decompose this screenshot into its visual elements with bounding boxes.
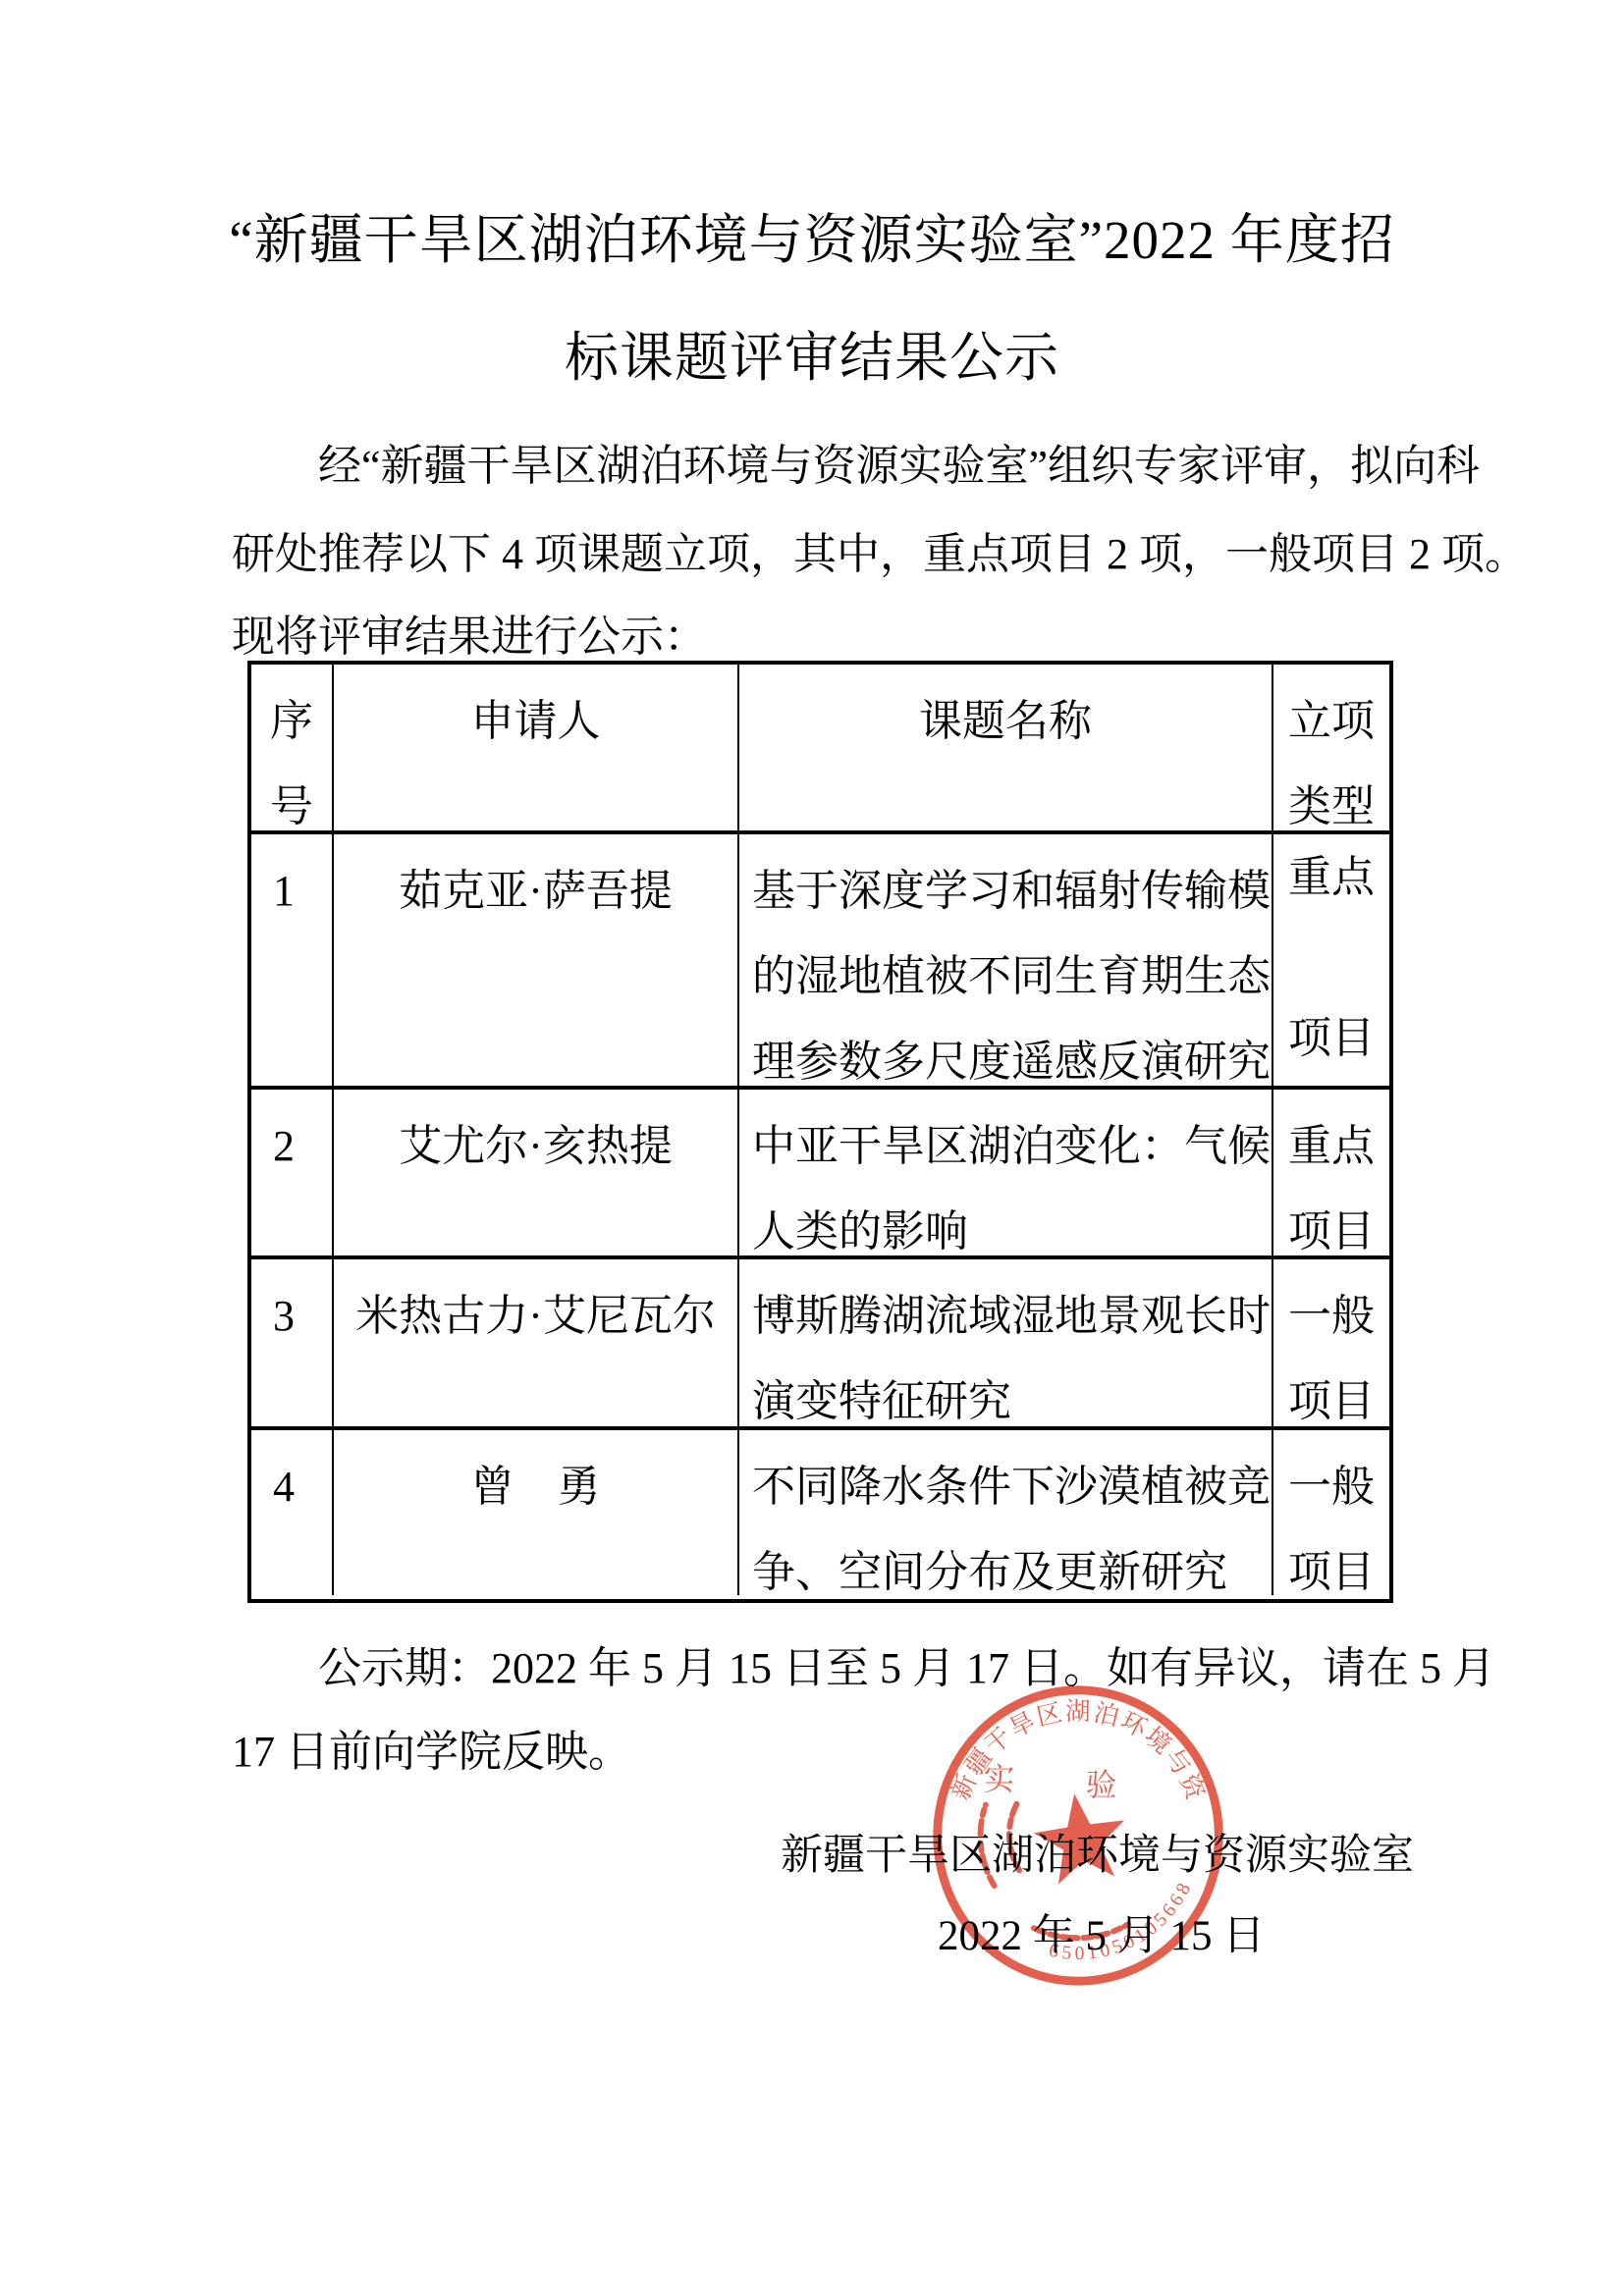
row3-applicant: 米热古力·艾尼瓦尔 <box>334 1259 739 1430</box>
header-seq-line1: 序 <box>251 678 332 764</box>
row1-applicant: 茹克亚·萨吾提 <box>334 834 739 1090</box>
intro-paragraph-line2: 研处推荐以下 4 项课题立项，其中，重点项目 2 项，一般项目 2 项。 <box>232 518 1528 581</box>
page-title-line2: 标课题评审结果公示 <box>0 314 1624 392</box>
header-topic: 课题名称 <box>739 665 1273 834</box>
row1-type-line2: 项目 <box>1273 1009 1389 1068</box>
results-table: 序 号 申请人 课题名称 立项 类型 1 茹克亚·萨吾提 基于深度学习和辐射传输… <box>247 661 1393 1603</box>
row4-type-line1: 一般 <box>1273 1444 1389 1529</box>
header-type: 立项 类型 <box>1273 665 1389 834</box>
row3-seq: 3 <box>251 1259 334 1430</box>
row2-topic-line1: 中亚干旱区湖泊变化：气候和 <box>752 1103 1266 1189</box>
header-seq: 序 号 <box>251 665 334 834</box>
publicity-period-line2: 17 日前向学院反映。 <box>232 1716 631 1779</box>
row4-type-line2: 项目 <box>1273 1529 1389 1595</box>
row1-topic: 基于深度学习和辐射传输模型 的湿地植被不同生育期生态生 理参数多尺度遥感反演研究 <box>739 834 1273 1090</box>
row3-topic-line2: 演变特征研究 <box>752 1359 1266 1430</box>
seal-center-char-right: 验 <box>1086 1768 1116 1802</box>
row4-topic-line1: 不同降水条件下沙漠植被竞 <box>752 1444 1266 1529</box>
row1-seq: 1 <box>251 834 334 1090</box>
row2-topic: 中亚干旱区湖泊变化：气候和 人类的影响 <box>739 1090 1273 1259</box>
row2-type-line1: 重点 <box>1273 1103 1389 1189</box>
row1-type-line1: 重点 <box>1273 848 1389 907</box>
row1-type: 重点 项目 <box>1273 834 1389 1090</box>
seal-serial-number: 6501050105668 <box>1047 1877 1196 1964</box>
row4-topic: 不同降水条件下沙漠植被竞 争、空间分布及更新研究 <box>739 1430 1273 1595</box>
row3-topic: 博斯腾湖流域湿地景观长时序 演变特征研究 <box>739 1259 1273 1430</box>
header-type-line1: 立项 <box>1273 678 1389 764</box>
row4-type: 一般 项目 <box>1273 1430 1389 1595</box>
row1-topic-line3: 理参数多尺度遥感反演研究 <box>752 1019 1266 1090</box>
intro-paragraph-line1: 经“新疆干旱区湖泊环境与资源实验室”组织专家评审，拟向科 <box>318 430 1480 493</box>
row2-type: 重点 项目 <box>1273 1090 1389 1259</box>
seal-script-decoration-bottom <box>1034 1924 1128 1938</box>
header-applicant: 申请人 <box>334 665 739 834</box>
header-seq-line2: 号 <box>251 764 332 834</box>
seal-center-char-left: 实 <box>984 1762 1014 1796</box>
intro-paragraph-line3: 现将评审结果进行公示： <box>232 601 707 664</box>
row3-type-line2: 项目 <box>1273 1359 1389 1430</box>
row4-applicant: 曾 勇 <box>334 1430 739 1595</box>
row2-applicant: 艾尤尔·亥热提 <box>334 1090 739 1259</box>
seal-star-icon <box>1029 1788 1132 1887</box>
row2-type-line2: 项目 <box>1273 1189 1389 1259</box>
seal-script-decoration-left <box>981 1805 995 1886</box>
row4-seq: 4 <box>251 1430 334 1595</box>
document-page: “新疆干旱区湖泊环境与资源实验室”2022 年度招 标课题评审结果公示 经“新疆… <box>0 0 1624 2296</box>
seal-script-decoration-inner <box>1009 1801 1019 1871</box>
publicity-period-line1: 公示期：2022 年 5 月 15 日至 5 月 17 日。如有异议，请在 5 … <box>318 1632 1495 1695</box>
official-seal-stamp: 新疆干旱区湖泊环境与资源 6501050105668 实 验 <box>924 1678 1232 1994</box>
row3-type: 一般 项目 <box>1273 1259 1389 1430</box>
page-title-line1: “新疆干旱区湖泊环境与资源实验室”2022 年度招 <box>0 196 1624 274</box>
row4-topic-line2: 争、空间分布及更新研究 <box>752 1529 1266 1595</box>
header-type-line2: 类型 <box>1273 764 1389 834</box>
row2-seq: 2 <box>251 1090 334 1259</box>
row1-topic-line1: 基于深度学习和辐射传输模型 <box>752 848 1266 934</box>
row3-topic-line1: 博斯腾湖流域湿地景观长时序 <box>752 1273 1266 1359</box>
row3-type-line1: 一般 <box>1273 1273 1389 1359</box>
row1-topic-line2: 的湿地植被不同生育期生态生 <box>752 934 1266 1019</box>
row2-topic-line2: 人类的影响 <box>752 1189 1266 1259</box>
